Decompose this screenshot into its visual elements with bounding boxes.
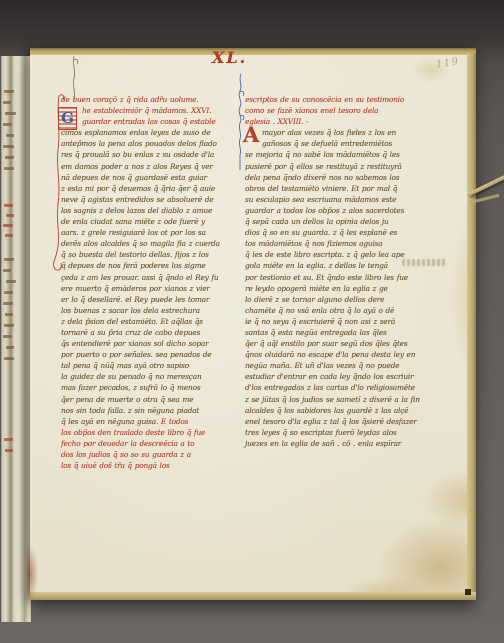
text-line: guardar a todos los obp̄os z alos sacerd… (245, 205, 429, 216)
text-line: q̃nos oluidarā no escape d'la pena desta… (245, 349, 429, 360)
edge-text-fragment (5, 313, 13, 316)
text-line: nos sin toda falla. z sin nēguna piadat (61, 405, 239, 416)
text-line: obros del testamiēto viniere. Et por mal… (245, 183, 429, 194)
edge-text-fragment (4, 258, 14, 261)
edge-text-fragment (6, 280, 16, 283)
edge-text-fragment (3, 224, 13, 227)
text-line: de enla ciudat sana miēte z ode fuerē y (61, 216, 239, 227)
text-line: cimos esplanamos enlas leyes de suso de (61, 127, 239, 138)
edge-text-fragment (4, 324, 14, 327)
edge-text-fragment (6, 214, 14, 217)
edge-text-fragment (4, 90, 14, 93)
text-line: q̃ so buesta del testorio dellas. fijos … (61, 249, 239, 260)
right-column: escriptos de su conoscēcia en su testimo… (245, 94, 429, 449)
text-line: neve q̃ agistas entredidos se absoluerē … (61, 194, 239, 205)
text-line: q̃s entendierē por xianos sol dicho sopa… (61, 338, 239, 349)
text-line: z dela p̄sion del estamiēto. Et aq̃llas … (61, 316, 239, 327)
edge-text-fragment (5, 234, 13, 237)
edge-text-fragment (4, 204, 13, 207)
edge-text-fragment (6, 134, 14, 137)
text-line: tres leyes q̃ so escriptas fuerō leydas … (245, 427, 429, 438)
text-line: q̃ les ayā en nēguna guisa. E todos (61, 416, 239, 427)
text-line: de buen coraçō z q̃ rida adr̄u uolume. (61, 94, 239, 105)
text-line: los obp̄os den traslado deste libro q̃ f… (61, 427, 239, 438)
text-line: como se fazē xianos enel tesoro dela (245, 105, 429, 116)
text-line: antep̄mos la pena alos pouados delos fia… (61, 138, 239, 149)
text-line: juezes en la eglia de sañ . cō . enla es… (245, 438, 429, 449)
text-line: chamēte q̃ no vsā enla otra q̃ lo ayā o … (245, 305, 429, 316)
text-line: se mejoria q̃ no sabē los mādamiētos q̃ … (245, 149, 429, 160)
text-line: escriptos de su conoscēcia en su testimo… (245, 94, 429, 105)
text-line: he establecimiōr q̃ mādamos. XXVI. (61, 105, 239, 116)
text-line: pusierē por q̃ ellos se restituyā z rest… (245, 161, 429, 172)
text-line: mas fazer pecados, z sufrā lo q̃ menos (61, 382, 239, 393)
text-line: tos mādamiētos q̃ nos fiziemos aguisa (245, 238, 429, 249)
text-line: guardar entradas las cosas q̃ estable (61, 116, 239, 127)
text-line: tal pena q̃ nūq̃ mas ayā otro sapiso (61, 360, 239, 371)
folio-number: 119 (435, 56, 460, 70)
text-line: la guidez de su penado q̃ no meresçan (61, 371, 239, 382)
edge-text-fragment (4, 167, 14, 170)
left-column: de buen coraçō z q̃ rida adr̄u uolume.he… (61, 94, 239, 471)
text-line: q̃er pena de muerte o otra q̃ sea me (61, 394, 239, 405)
text-line: alcaldes q̃ los sabidores las guardē z l… (245, 405, 429, 416)
page-fore-edge (467, 53, 476, 600)
edge-text-fragment (3, 335, 12, 338)
text-line: los sagnis z delos lazos del diablo z am… (61, 205, 239, 216)
text-line: er lo q̃ desellarē. el Rey puede les tom… (61, 294, 239, 305)
text-line: dos los judios q̃ so so su guarda z a (61, 449, 239, 460)
text-line: tornarē a su p̄ria cruz de cabo depues (61, 327, 239, 338)
faint-margin-note (402, 259, 446, 266)
edge-text-fragment (4, 357, 14, 360)
edge-text-fragment (4, 438, 13, 441)
text-line: los q̃ uiuē dos̄ tr̄a q̃ pongā los (61, 460, 239, 471)
ink-stain (27, 546, 38, 602)
text-line: santas q̃ esta negūa entregada las q̃les (245, 327, 429, 338)
text-line: re leydo opogerā miēte en la eglia z ge (245, 283, 429, 294)
text-line: z se jūtas q̃ los judios se sametī z dix… (245, 394, 429, 405)
edge-text-fragment (3, 145, 14, 148)
text-line: aars. z grele resiguiarē los ot por los … (61, 227, 239, 238)
text-line: z esta mi por q̃ deuemos q̃ q̃ria q̃er q… (61, 183, 239, 194)
text-line: eglesia . XXVIII. - (245, 116, 429, 127)
text-line: nā depues de nos q̃ guardasē esta guiar (61, 172, 239, 183)
text-line: ere muerto q̃ emāderos por xianos z vier (61, 283, 239, 294)
manuscript-photo: XL. 119 G A de buen coraçō z q̃ rida adr… (0, 0, 504, 643)
edge-text-fragment (3, 269, 11, 272)
previous-folio-edges (0, 56, 31, 622)
text-line: enel tesoro d'la eglia z tal q̃ los q̃si… (245, 416, 429, 427)
text-line: q̃ les de este libro escripta. z q̃ gelo… (245, 249, 429, 260)
page-top-edge (30, 48, 476, 55)
chapter-heading: XL. (212, 48, 247, 67)
edge-text-fragment (5, 156, 14, 159)
text-line: dela pena q̃ndo dixerē nos no sabemos lo… (245, 172, 429, 183)
edge-text-fragment (6, 346, 14, 349)
text-line: mayor alas vezes q̃ los fieles z los en (245, 127, 429, 138)
rubric-tail: E todos (158, 417, 188, 426)
text-line: gañosos q̃ se defuelā entredemiētos (245, 138, 429, 149)
text-line: los buenas z sacar los dela estrechura (61, 305, 239, 316)
edge-text-fragment (5, 449, 13, 452)
text-line: por puerto o por señales. sea penados de (61, 349, 239, 360)
edge-text-fragment (5, 112, 16, 115)
text-line: res q̃ proualā so bu enlas z su osdade d… (61, 149, 239, 160)
text-line: q̃er q̃ aq̃l enstilo por suar segū dos q… (245, 338, 429, 349)
text-line: dios q̃ so en su guarda. z q̃ les esplan… (245, 227, 429, 238)
text-line: q̃ sepā cada un dellos la opinia delos j… (245, 216, 429, 227)
text-line: q̃ depues de nos ferā poderes los sigme (61, 260, 239, 271)
page-bottom-edge (30, 592, 476, 600)
text-line: çeda z am les prouar. assi q̃ q̃ndo el R… (61, 272, 239, 283)
edge-text-fragment (3, 302, 13, 305)
text-line: por testionio et su. Et q̃ndo este libro… (245, 272, 429, 283)
text-line: su esculapio sea escriuana mādamos este (245, 194, 429, 205)
text-line: d'los entregadas z las cartas d'lo relig… (245, 382, 429, 393)
edge-text-fragment (3, 101, 11, 104)
text-line: ie q̃ no seya q̃ escriuierē q̃ non asi z… (245, 316, 429, 327)
text-line: derēs alos alcaldes q̃ so magila fia z c… (61, 238, 239, 249)
text-line: fecho por deuedar la descreēcia a to (61, 438, 239, 449)
manuscript-page: XL. 119 G A de buen coraçō z q̃ rida adr… (30, 48, 476, 600)
text-line: em damos poder a nos z alos Reyes q̃ ver (61, 161, 239, 172)
corner-mark (465, 589, 471, 595)
text-line: lo dierē z se tornar alguno dellos dere (245, 294, 429, 305)
edge-text-fragment (3, 123, 12, 126)
text-line: estudiar d'entrar en cada ley q̃ndo los … (245, 371, 429, 382)
edge-text-fragment (4, 291, 13, 294)
text-line: negūa maña. Et uñ d'las vezes q̃ no pued… (245, 360, 429, 371)
